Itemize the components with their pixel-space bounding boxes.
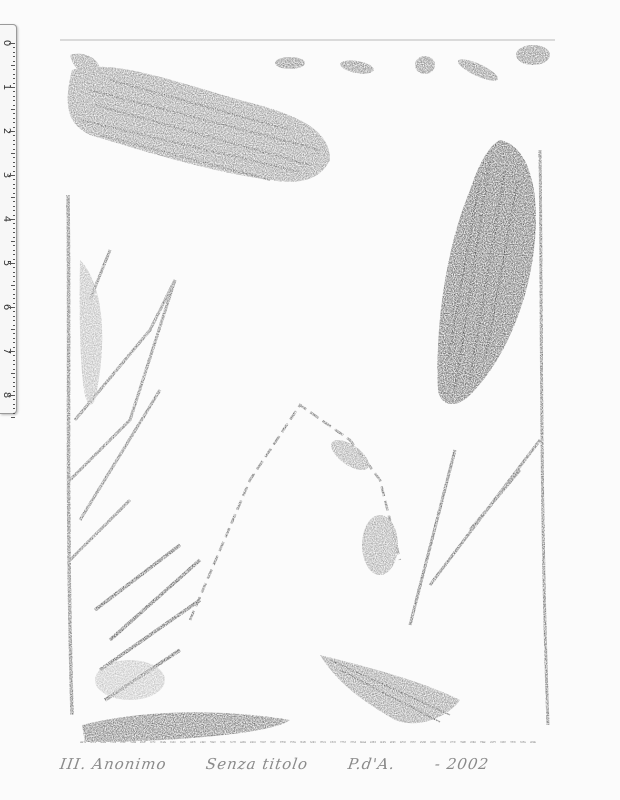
ruler-tick	[13, 355, 15, 356]
ruler-tick	[9, 87, 15, 88]
ruler-tick	[13, 61, 15, 62]
ruler-tick	[13, 223, 15, 224]
ruler-tick	[13, 113, 15, 114]
ruler-tick	[13, 347, 15, 348]
ruler-tick	[11, 241, 15, 242]
inscription-number: III. Anonimo	[59, 755, 168, 773]
ruler-tick	[11, 153, 15, 154]
ruler-tick	[9, 395, 15, 396]
ruler-tick	[13, 83, 15, 84]
artwork-scan	[0, 0, 620, 800]
ruler-tick	[13, 135, 15, 136]
ruler-tick	[13, 325, 15, 326]
ruler-tick	[13, 281, 15, 282]
ruler-tick	[13, 377, 15, 378]
ruler-tick	[13, 228, 15, 229]
ruler-tick	[11, 329, 15, 330]
left-trunk	[68, 195, 72, 715]
ruler-tick	[11, 285, 15, 286]
ruler-tick	[13, 316, 15, 317]
ruler-tick	[13, 298, 15, 299]
ruler-tick	[11, 65, 15, 66]
ruler-tick	[13, 74, 15, 75]
ruler-tick	[13, 408, 15, 409]
ruler-tick	[13, 364, 15, 365]
ruler-tick	[13, 56, 15, 57]
measuring-ruler: 012345678	[0, 24, 17, 414]
ruler-tick	[13, 127, 15, 128]
bottom-band	[82, 712, 290, 742]
ruler-tick	[13, 294, 15, 295]
inscription-title: Senza titolo	[205, 755, 310, 773]
ruler-tick	[13, 140, 15, 141]
ruler-tick	[13, 215, 15, 216]
mountain-peak	[190, 405, 400, 620]
small-marks	[275, 45, 550, 85]
ruler-tick	[13, 386, 15, 387]
ruler-tick	[13, 105, 15, 106]
inscription-edition: P.d'A.	[347, 755, 397, 773]
ruler-tick	[13, 149, 15, 150]
ruler-tick	[13, 166, 15, 167]
ruler-tick	[13, 52, 15, 53]
ruler-tick	[13, 193, 15, 194]
ruler-tick	[13, 237, 15, 238]
ruler-tick	[9, 219, 15, 220]
ruler-tick	[13, 342, 15, 343]
ruler-tick	[11, 197, 15, 198]
ruler-tick	[13, 303, 15, 304]
ruler-tick	[13, 206, 15, 207]
ruler-tick	[9, 131, 15, 132]
ruler-tick	[13, 413, 15, 414]
ruler-tick	[13, 272, 15, 273]
ruler-tick	[13, 78, 15, 79]
ruler-tick	[13, 382, 15, 383]
ruler-tick	[13, 360, 15, 361]
ruler-tick	[13, 210, 15, 211]
ruler-tick	[13, 171, 15, 172]
ruler-tick	[13, 188, 15, 189]
ruler-tick	[13, 289, 15, 290]
ruler-tick	[13, 399, 15, 400]
ruler-tick	[13, 184, 15, 185]
ruler-tick	[13, 338, 15, 339]
ruler-tick	[11, 109, 15, 110]
inscription-year: - 2002	[434, 755, 491, 773]
ruler-tick	[13, 179, 15, 180]
ruler-tick	[13, 157, 15, 158]
ruler-tick	[13, 391, 15, 392]
ruler-tick	[13, 162, 15, 163]
handwritten-inscription: III. Anonimo Senza titolo P.d'A. - 2002	[60, 755, 560, 781]
ruler-tick	[13, 267, 15, 268]
ruler-tick	[13, 311, 15, 312]
ruler-tick	[9, 263, 15, 264]
ruler-tick	[13, 201, 15, 202]
ruler-tick	[9, 351, 15, 352]
ruler-tick	[13, 47, 15, 48]
ruler-tick	[11, 373, 15, 374]
ruler-tick	[13, 276, 15, 277]
ruler-tick	[13, 122, 15, 123]
ruler-tick	[13, 333, 15, 334]
ruler-tick	[13, 232, 15, 233]
ruler-tick	[13, 69, 15, 70]
ruler-tick	[9, 307, 15, 308]
ruler-tick	[13, 245, 15, 246]
ruler-tick	[11, 417, 15, 418]
ruler-tick	[9, 43, 15, 44]
ruler-tick	[9, 175, 15, 176]
ruler-tick	[13, 254, 15, 255]
ruler-tick	[13, 404, 15, 405]
ruler-tick	[13, 91, 15, 92]
ruler-tick	[13, 100, 15, 101]
right-frame-line	[540, 150, 548, 725]
ruler-tick	[13, 250, 15, 251]
ruler-tick	[13, 144, 15, 145]
ruler-tick	[13, 320, 15, 321]
ruler-tick	[13, 259, 15, 260]
ruler-tick	[13, 369, 15, 370]
ruler-tick	[13, 118, 15, 119]
ruler-tick	[13, 96, 15, 97]
